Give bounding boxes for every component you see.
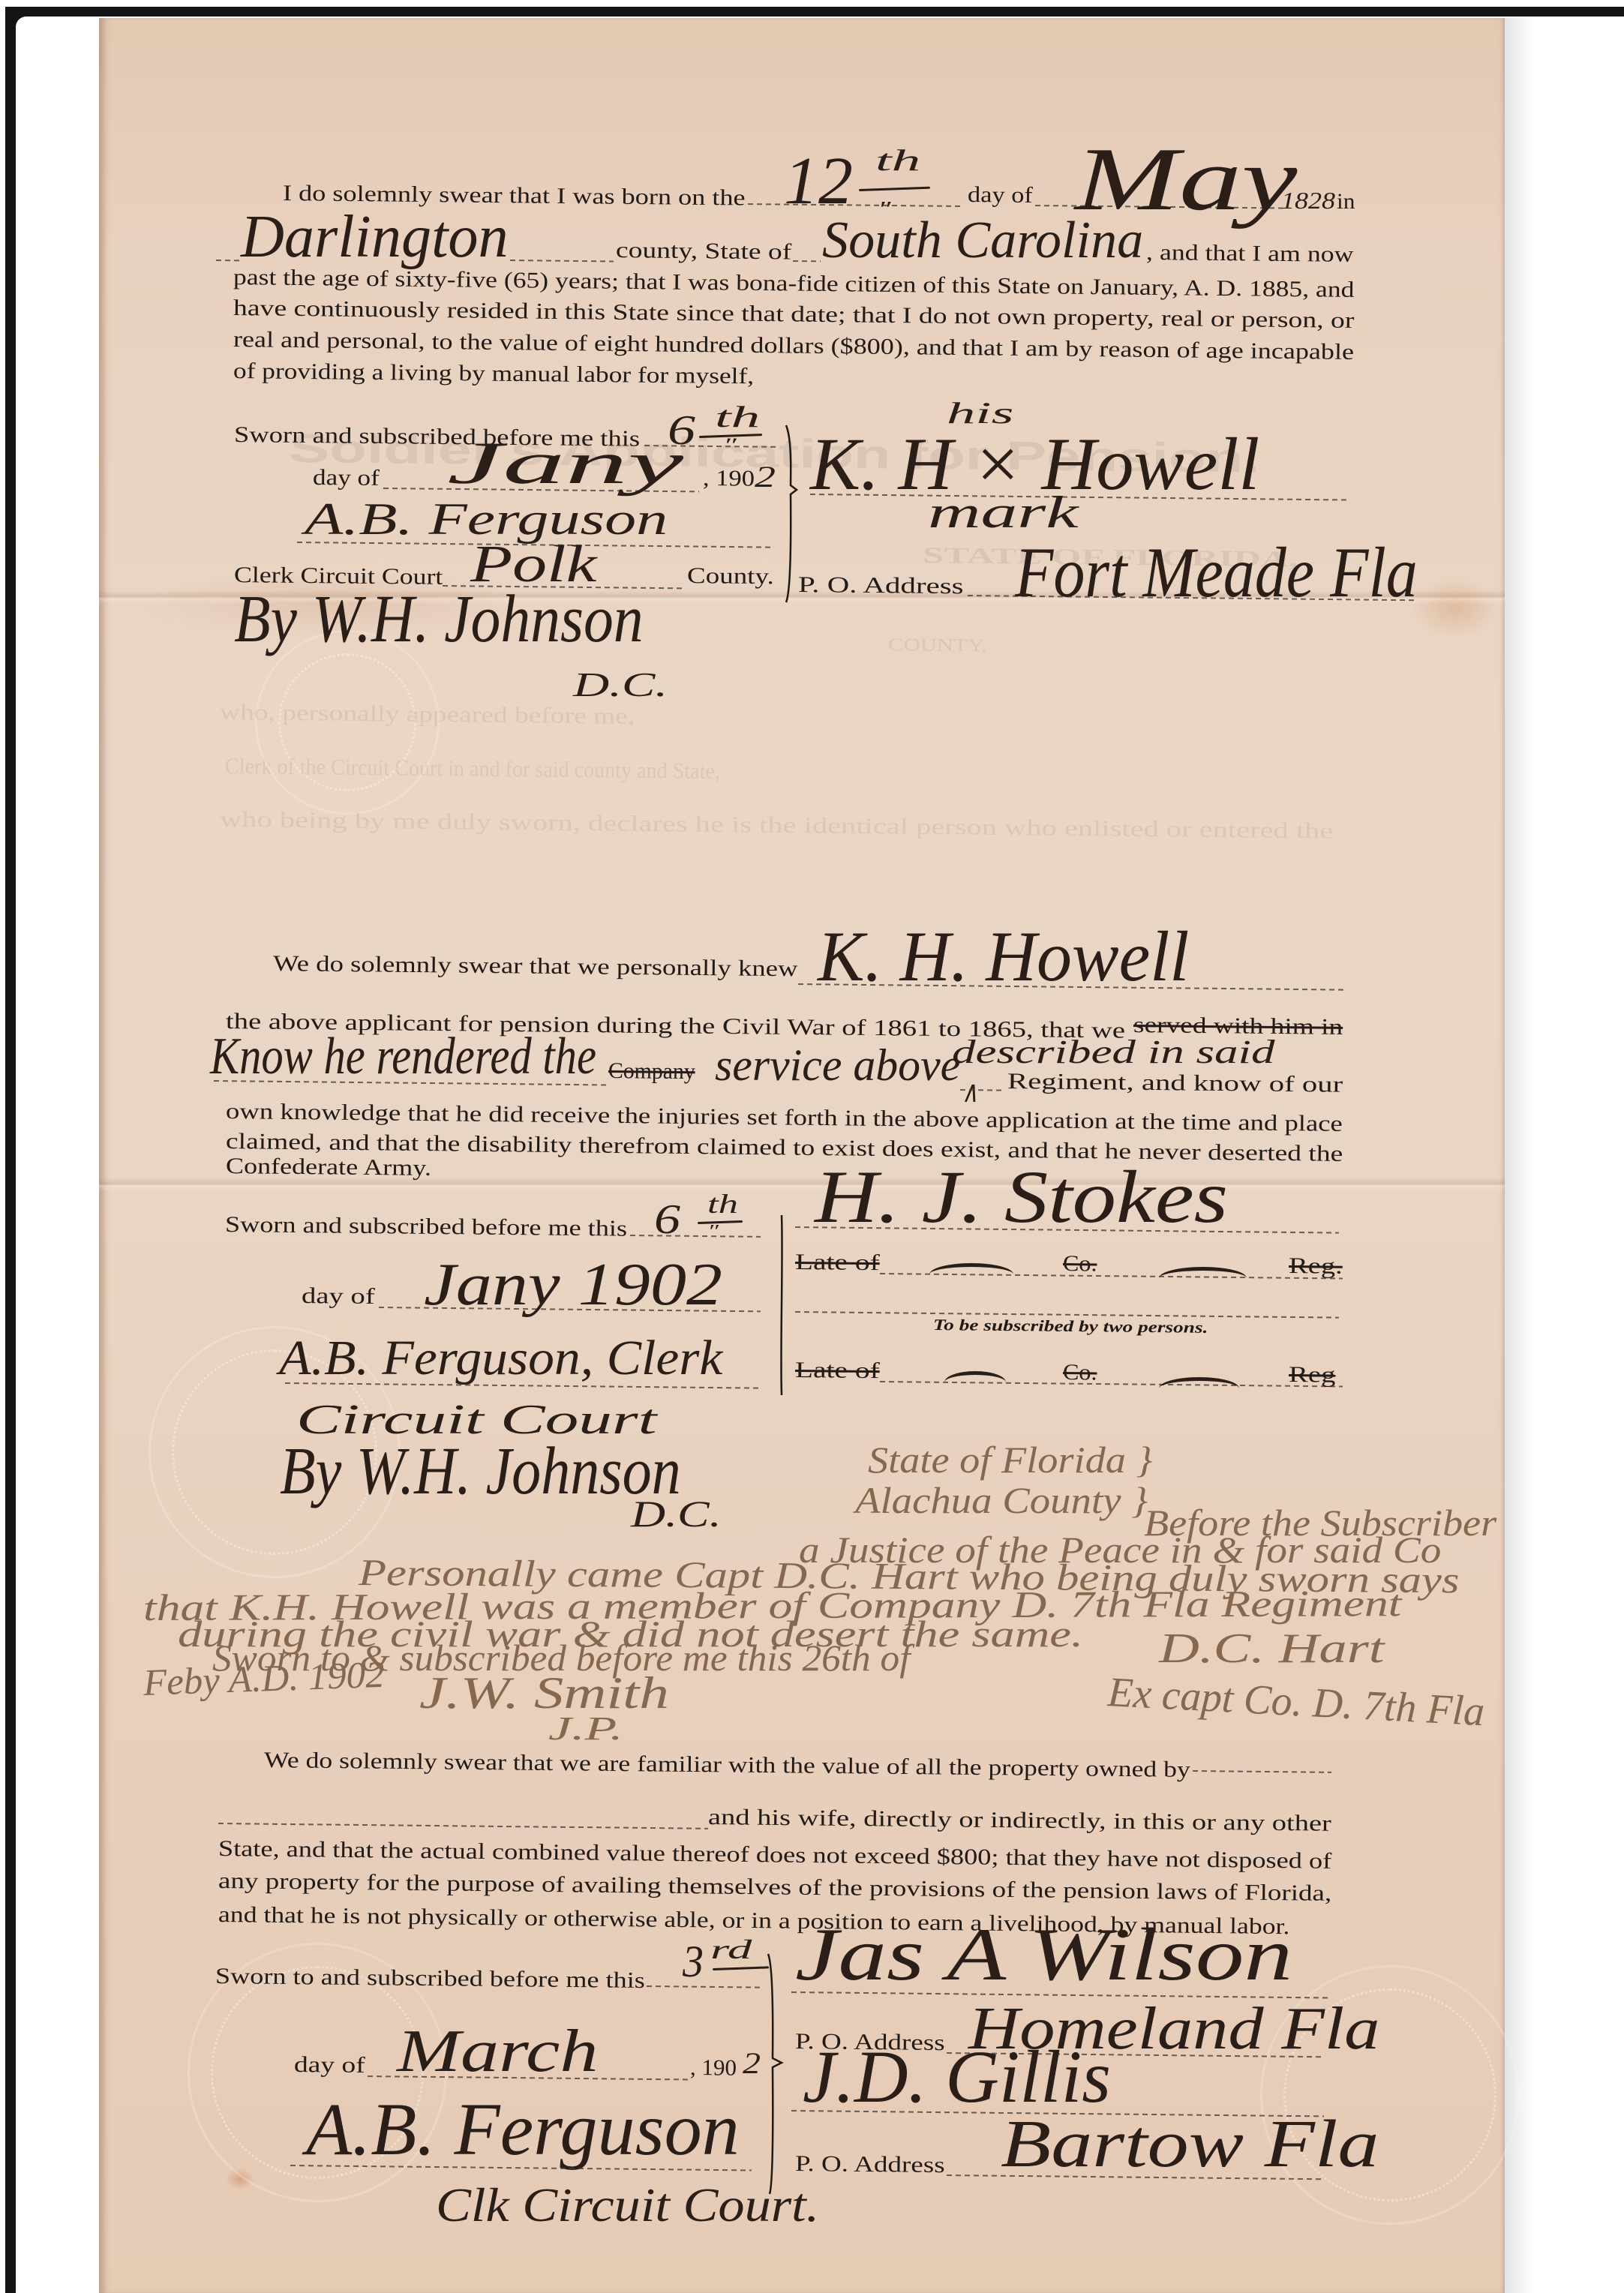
struck-text: served with him in	[1133, 1025, 1343, 1028]
oath-text: We do solemnly swear that we are familia…	[264, 1760, 1190, 1770]
ghost-county-heading: COUNTY.	[888, 645, 987, 646]
year-prefix: , 190	[690, 2068, 737, 2069]
subscription-note: To be subscribed by two persons.	[933, 1325, 1208, 1328]
sworn-label: Sworn and subscribed before me this	[225, 1225, 627, 1229]
paper-edge-shadow	[1505, 18, 1535, 2293]
oath-body-line: any property for the purpose of availing…	[218, 1881, 1331, 1894]
fill-in-leader	[216, 260, 240, 261]
oath-body-line: real and personal, to the value of eight…	[233, 340, 1354, 353]
oath-body-line: Confederate Army.	[226, 1166, 431, 1169]
bracket-divider	[776, 1215, 788, 1395]
county-label: County.	[687, 576, 774, 577]
oath-text: , and that I am now	[1146, 253, 1354, 255]
ghost-line: Clerk of the Circuit Court in and for sa…	[225, 767, 720, 772]
affiant-title: Ex capt Co. D. 7th Fla	[1108, 1692, 1484, 1712]
oath-text: and his wife, directly or indirectly, in…	[708, 1817, 1331, 1824]
late-of-label: Late of	[795, 1262, 880, 1263]
oath-body-line: own knowledge that he did receive the in…	[226, 1112, 1343, 1124]
oath-body-line: of providing a living by manual labor fo…	[233, 371, 754, 377]
paper-stain	[1410, 578, 1500, 638]
day-of-label: day of	[968, 195, 1033, 196]
sworn-label: Sworn to and subscribed before me this	[215, 1976, 645, 1981]
regiment-label: Reg	[1289, 1375, 1335, 1376]
oath-body-line: have continuously resided in this State …	[233, 308, 1354, 321]
oath-text: We do solemnly swear that we personally …	[273, 964, 797, 969]
po-address-label: P. O. Address	[798, 585, 964, 587]
ghost-line: who being by me duly sworn, declares he …	[220, 820, 1333, 832]
day-of-label: day of	[313, 478, 380, 479]
struck-text: Company	[608, 1071, 695, 1072]
year-prefix: , 190	[703, 479, 755, 479]
oath-body-line: State, and that the actual combined valu…	[218, 1849, 1331, 1862]
oath-text: Regiment, and know of our	[1007, 1082, 1343, 1085]
affidavit-line: that K.H. Howell was a member of Company…	[143, 1603, 1401, 1607]
bracket-divider	[765, 1954, 788, 2194]
oath-text: I do solemnly swear that I was born on t…	[283, 194, 746, 198]
oath-body-line: past the age of sixty-five (65) years; t…	[233, 278, 1354, 290]
county-state-label: county, State of	[616, 251, 791, 252]
paper-fold-crease	[99, 1178, 1505, 1191]
day-of-label: day of	[302, 1296, 375, 1297]
oath-body-line: claimed, and that the disability therefr…	[226, 1142, 1343, 1154]
clerk-label: Clerk Circuit Court	[234, 575, 443, 578]
regiment-label: Reg.	[1289, 1266, 1343, 1267]
ghost-line: who, personally appeared before me,	[220, 713, 635, 717]
late-of-label: Late of	[795, 1370, 880, 1371]
fill-in-leader	[793, 260, 821, 262]
affidavit-line: Feby A.D. 1902	[143, 1674, 384, 1682]
day-of-label: day of	[294, 2065, 365, 2066]
po-address-label: P. O. Address	[795, 2164, 945, 2165]
affidavit-line: Personally came Capt D.C. Hart who being…	[359, 1572, 1460, 1580]
